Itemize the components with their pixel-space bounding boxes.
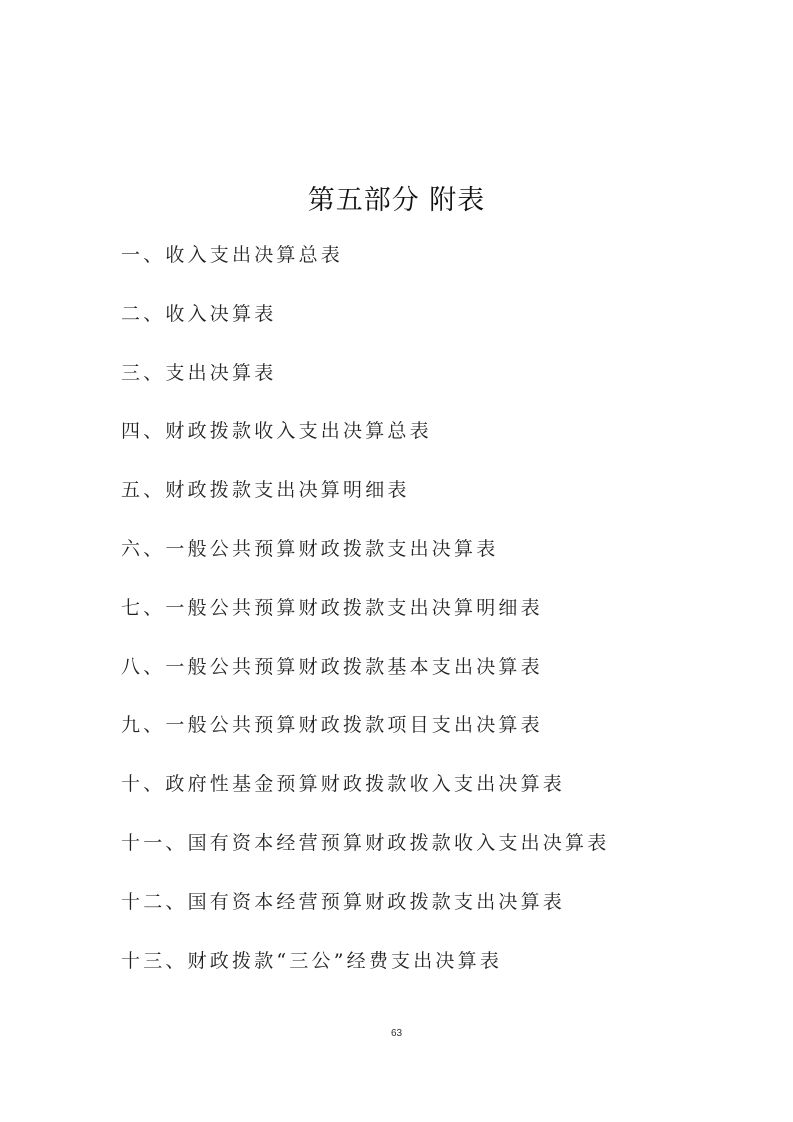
list-item: 二、收入决算表 xyxy=(121,299,609,358)
section-title: 第五部分 附表 xyxy=(0,178,793,217)
list-item: 一、收入支出决算总表 xyxy=(121,240,609,299)
appendix-table-list: 一、收入支出决算总表 二、收入决算表 三、支出决算表 四、财政拨款收入支出决算总… xyxy=(121,240,609,1004)
list-item: 八、一般公共预算财政拨款基本支出决算表 xyxy=(121,652,609,711)
list-item: 十、政府性基金预算财政拨款收入支出决算表 xyxy=(121,769,609,828)
list-item: 四、财政拨款收入支出决算总表 xyxy=(121,416,609,475)
list-item: 七、一般公共预算财政拨款支出决算明细表 xyxy=(121,593,609,652)
list-item: 十三、财政拨款“三公”经费支出决算表 xyxy=(121,946,609,1005)
page-number: 63 xyxy=(0,1028,793,1039)
list-item: 十二、国有资本经营预算财政拨款支出决算表 xyxy=(121,887,609,946)
list-item: 十一、国有资本经营预算财政拨款收入支出决算表 xyxy=(121,828,609,887)
list-item: 六、一般公共预算财政拨款支出决算表 xyxy=(121,534,609,593)
list-item: 五、财政拨款支出决算明细表 xyxy=(121,475,609,534)
list-item: 九、一般公共预算财政拨款项目支出决算表 xyxy=(121,710,609,769)
list-item: 三、支出决算表 xyxy=(121,358,609,417)
